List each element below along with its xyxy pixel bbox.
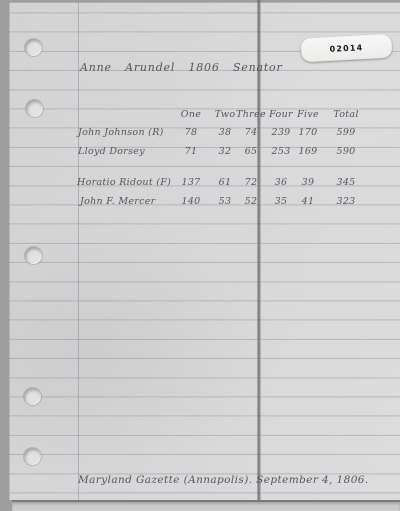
vote-count: 38 bbox=[219, 127, 232, 138]
column-header-one: One bbox=[181, 109, 201, 120]
punch-hole bbox=[24, 388, 41, 405]
vote-count: 140 bbox=[181, 196, 200, 207]
candidate-name: John Johnson (R) bbox=[78, 127, 164, 138]
vote-total: 345 bbox=[336, 177, 355, 188]
vote-count: 72 bbox=[245, 177, 258, 188]
column-header-four: Four bbox=[269, 109, 293, 120]
punch-hole bbox=[24, 448, 41, 465]
vote-count: 74 bbox=[245, 127, 258, 138]
vote-count: 253 bbox=[271, 146, 290, 157]
vote-total: 599 bbox=[336, 127, 355, 138]
vote-count: 78 bbox=[185, 127, 198, 138]
vote-count: 169 bbox=[298, 146, 317, 157]
ruled-lines bbox=[9, 2, 400, 500]
vote-count: 32 bbox=[219, 146, 232, 157]
margin-line bbox=[78, 2, 79, 500]
source-citation: Maryland Gazette (Annapolis). September … bbox=[78, 474, 369, 486]
vote-count: 39 bbox=[302, 177, 315, 188]
vote-count: 239 bbox=[271, 127, 290, 138]
vote-count: 137 bbox=[181, 177, 200, 188]
column-header-five: Five bbox=[297, 109, 319, 120]
page-title: Anne Arundel 1806 Senator bbox=[80, 61, 283, 74]
scanned-page: 02014 Anne Arundel 1806 Senator One Two … bbox=[0, 0, 400, 511]
vote-count: 52 bbox=[245, 196, 258, 207]
punch-hole bbox=[25, 39, 42, 56]
catalog-label: 02014 bbox=[300, 34, 392, 63]
catalog-number: 02014 bbox=[329, 43, 363, 54]
vote-count: 65 bbox=[245, 146, 258, 157]
column-header-total: Total bbox=[333, 109, 358, 120]
vote-count: 71 bbox=[185, 146, 198, 157]
vote-count: 36 bbox=[275, 177, 288, 188]
candidate-name: Lloyd Dorsey bbox=[78, 146, 145, 157]
vote-count: 41 bbox=[302, 196, 315, 207]
vote-count: 170 bbox=[298, 127, 317, 138]
bottom-page-edge bbox=[12, 500, 400, 511]
punch-hole bbox=[26, 100, 43, 117]
vote-count: 35 bbox=[275, 196, 288, 207]
candidate-name: John F. Mercer bbox=[80, 196, 156, 207]
vote-count: 61 bbox=[219, 177, 232, 188]
vote-count: 53 bbox=[219, 196, 232, 207]
binder-crease-line bbox=[257, 0, 261, 500]
punch-hole bbox=[25, 247, 42, 264]
column-header-three: Three bbox=[236, 109, 266, 120]
column-header-two: Two bbox=[215, 109, 236, 120]
candidate-name: Horatio Ridout (F) bbox=[77, 177, 171, 188]
vote-total: 590 bbox=[336, 146, 355, 157]
vote-total: 323 bbox=[336, 196, 355, 207]
